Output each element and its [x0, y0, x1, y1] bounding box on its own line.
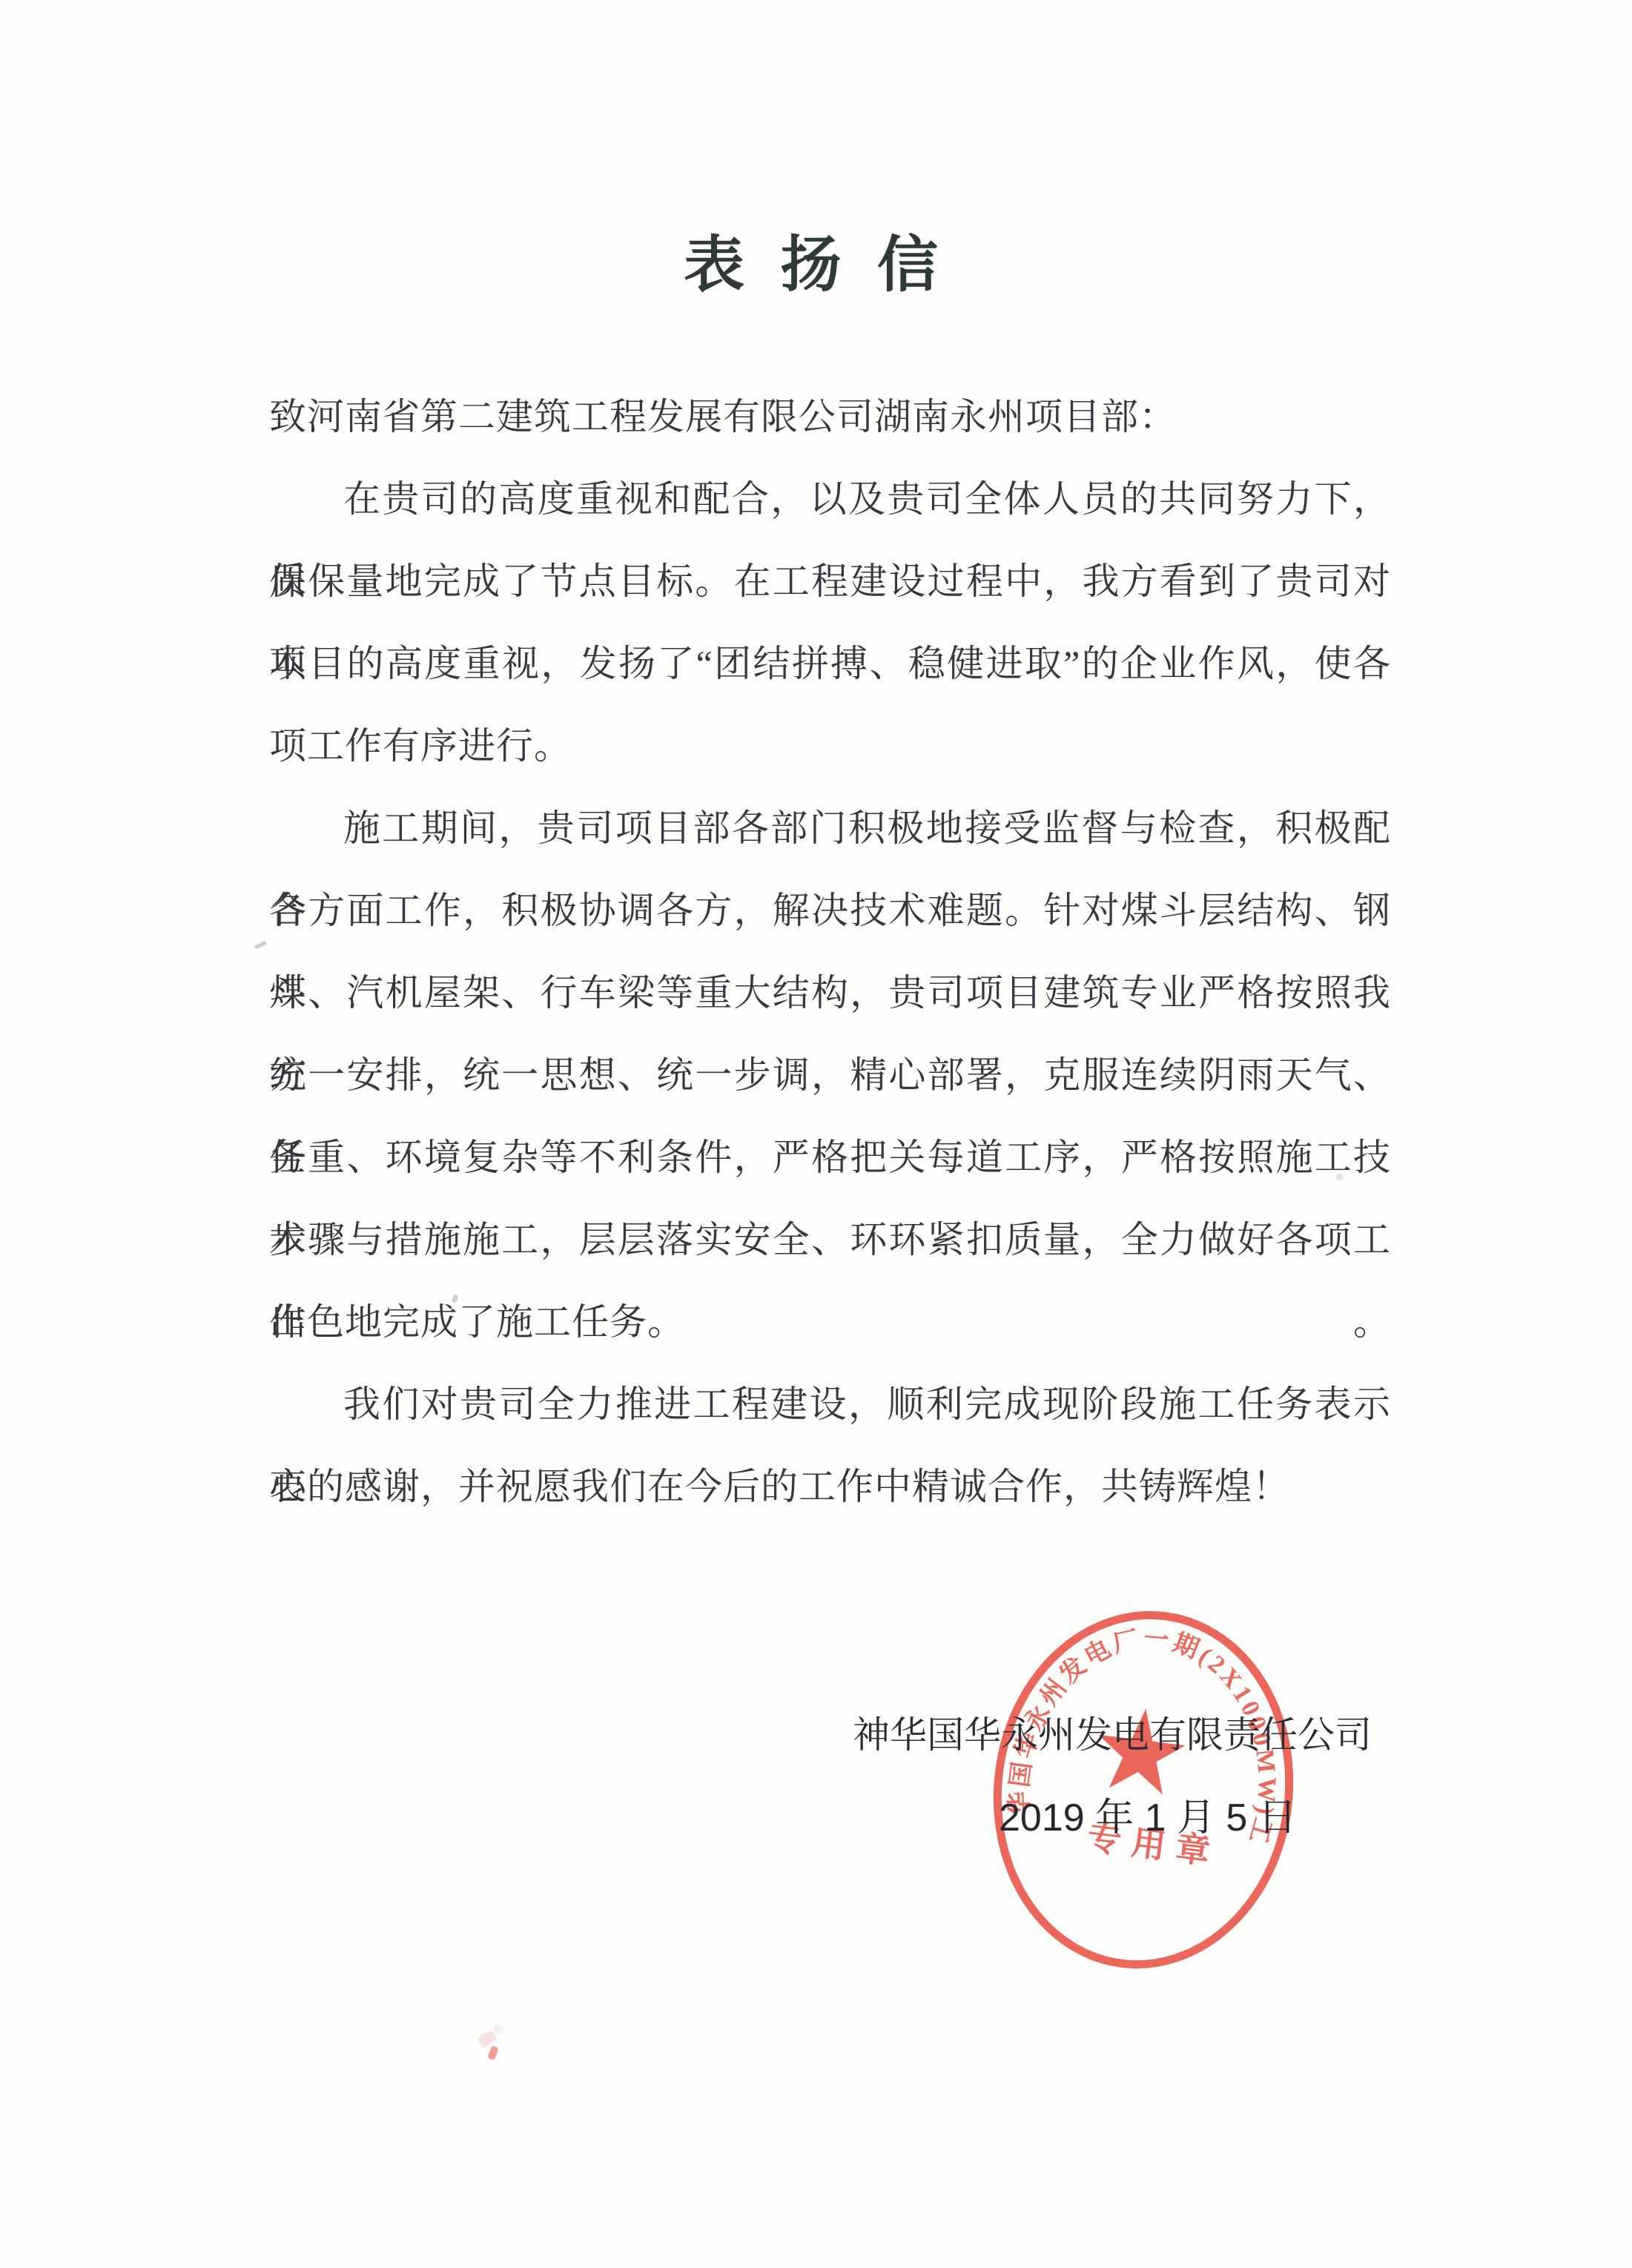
letter-title: 表 扬 信	[15, 216, 1617, 303]
letter-body: 致河南省第二建筑工程发展有限公司湖南永州项目部： 在贵司的高度重视和配合，以及贵…	[269, 376, 1391, 1528]
letter-page: 表 扬 信 致河南省第二建筑工程发展有限公司湖南永州项目部： 在贵司的高度重视和…	[0, 0, 1632, 2268]
body-line: 步骤与措施施工，层层落实安全、环环紧扣质量，全力做好各项工作。	[269, 1199, 1391, 1281]
body-paragraph-lines: 在贵司的高度重视和配合，以及贵司全体人员的共同努力下，保质保量地完成了节点目标。…	[269, 458, 1391, 1528]
body-line: 心的感谢，并祝愿我们在今后的工作中精诚合作，共铸辉煌！	[269, 1446, 1391, 1528]
body-line: 在贵司的高度重视和配合，以及贵司全体人员的共同努力下，保	[269, 458, 1391, 540]
body-line: 项目的高度重视，发扬了“团结拼搏、稳健进取”的企业作风，使各	[269, 623, 1391, 705]
body-line: 我们对贵司全力推进工程建设，顺利完成现阶段施工任务表示衷	[269, 1363, 1391, 1446]
body-line: 项工作有序进行。	[269, 705, 1391, 787]
body-line: 各方面工作，积极协调各方，解决技术难题。针对煤斗层结构、钢煤	[269, 870, 1391, 952]
ink-smudge	[472, 2026, 507, 2069]
body-line: 斗、汽机屋架、行车梁等重大结构，贵司项目建筑专业严格按照我方	[269, 952, 1391, 1034]
body-line: 统一安排，统一思想、统一步调，精心部署，克服连续阴雨天气、任	[269, 1034, 1391, 1117]
signature-date: 2019 年 1 月 5 日	[999, 1777, 1297, 1859]
signature-company: 神华国华永州发电有限责任公司	[853, 1694, 1372, 1776]
body-line: 质保量地完成了节点目标。在工程建设过程中，我方看到了贵司对本	[269, 540, 1391, 623]
body-line: 施工期间，贵司项目部各部门积极地接受监督与检查，积极配合	[269, 787, 1391, 870]
salutation: 致河南省第二建筑工程发展有限公司湖南永州项目部：	[269, 376, 1391, 458]
body-line: 务重、环境复杂等不利条件，严格把关每道工序，严格按照施工技术	[269, 1117, 1391, 1199]
scan-speck	[254, 941, 268, 949]
